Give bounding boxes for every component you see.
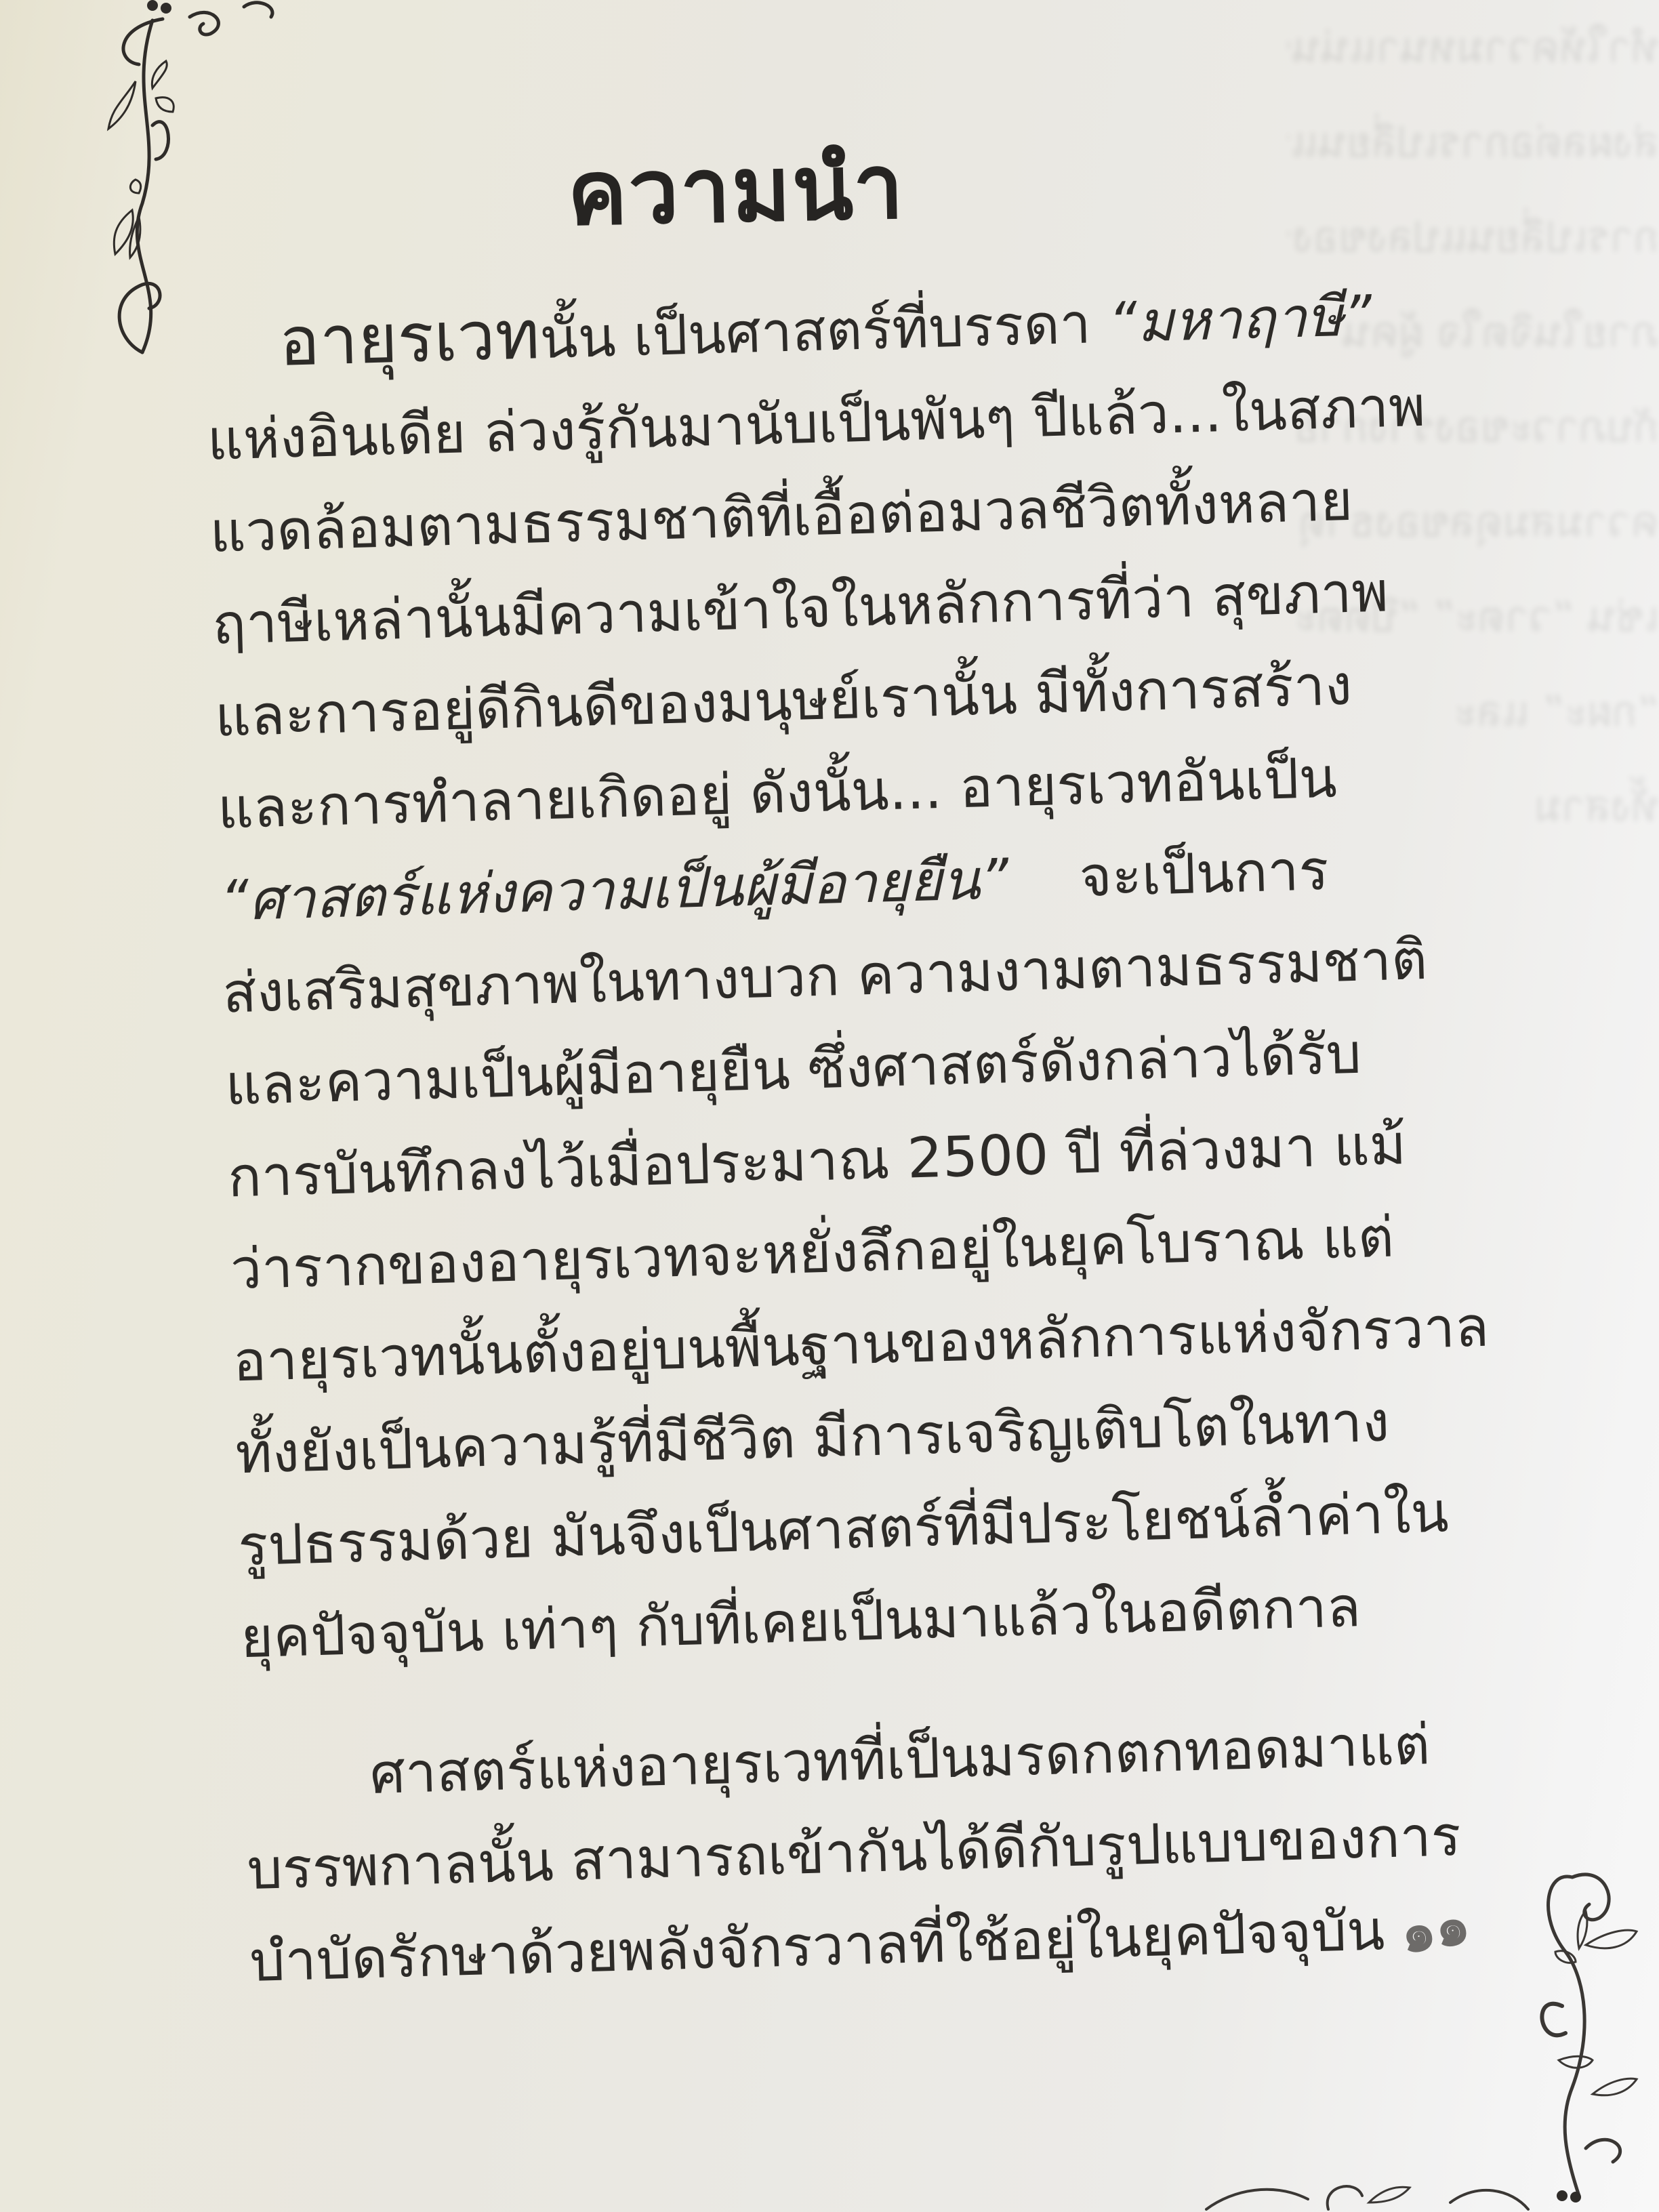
line-text: จะเป็นการ [1008,838,1330,912]
body-text: อายุรเวทนั้น เป็นศาสตร์ที่บรรดา “มหาฤาษี… [203,266,1416,2009]
floral-border-ornament-icon [1193,2135,1532,2212]
page-title: ความนำ [566,115,906,264]
bleed-line: ทำให้ความหนาแน่นของ [1288,0,1659,95]
lead-word: อายุรเวท [278,295,541,382]
book-page: ทำให้ความหนาแน่นของ ส่งผลต่อการเปลี่ยนแป… [0,0,1659,2212]
line-text: บำบัดรักษาด้วยพลังจักรวาลที่ใช้อยู่ในยุค… [249,1898,1385,1994]
line-text: นั้น เป็นศาสตร์ที่บรรดา [539,291,1109,371]
quoted-term: “มหาฤาษี” [1107,284,1372,356]
bleed-line: ส่งผลต่อการเปลี่ยนแปลง [1288,95,1659,190]
paragraph-2: ศาสตร์แห่งอายุรเวทที่เป็นมรดกตกทอดมาแต่ … [243,1700,1416,2009]
quoted-term: “ศาสตร์แห่งความเป็นผู้มีอายุยืน” [220,847,1010,933]
paragraph-1: อายุรเวทนั้น เป็นศาสตร์ที่บรรดา “มหาฤาษี… [203,266,1407,1685]
